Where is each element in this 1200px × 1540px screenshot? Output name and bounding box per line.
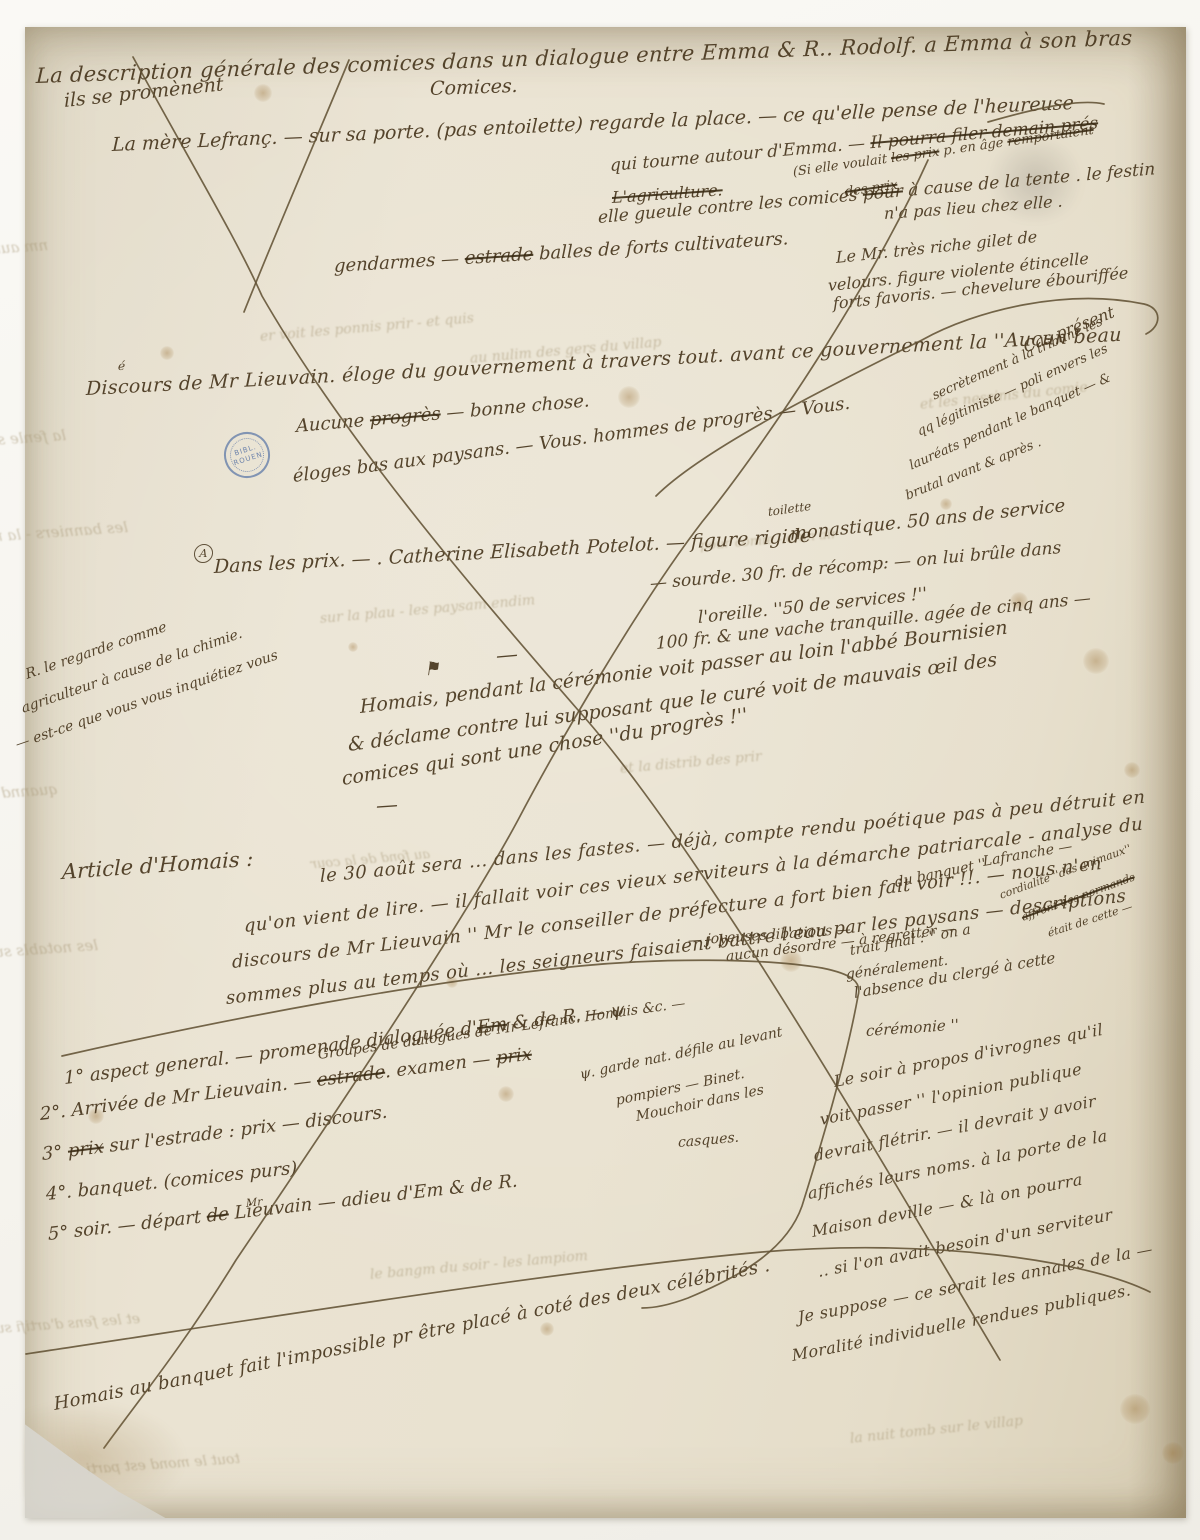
bottom-separator-flourish: [26, 1248, 1150, 1354]
cross-out-slash-top-left: [244, 60, 349, 312]
cross-out-stroke-main: [133, 57, 1000, 1360]
manuscript-scan: nm aur les fenm au prie des chaler voit …: [0, 0, 1200, 1540]
stamp-ring: [226, 434, 269, 477]
margin-note-bracket: [656, 299, 1158, 496]
list-frame-flourish: [62, 960, 859, 1308]
cross-out-stroke-secondary: [104, 160, 928, 1448]
ink-strokes-overlay: [0, 0, 1200, 1540]
underline-flourish: [988, 102, 1104, 122]
